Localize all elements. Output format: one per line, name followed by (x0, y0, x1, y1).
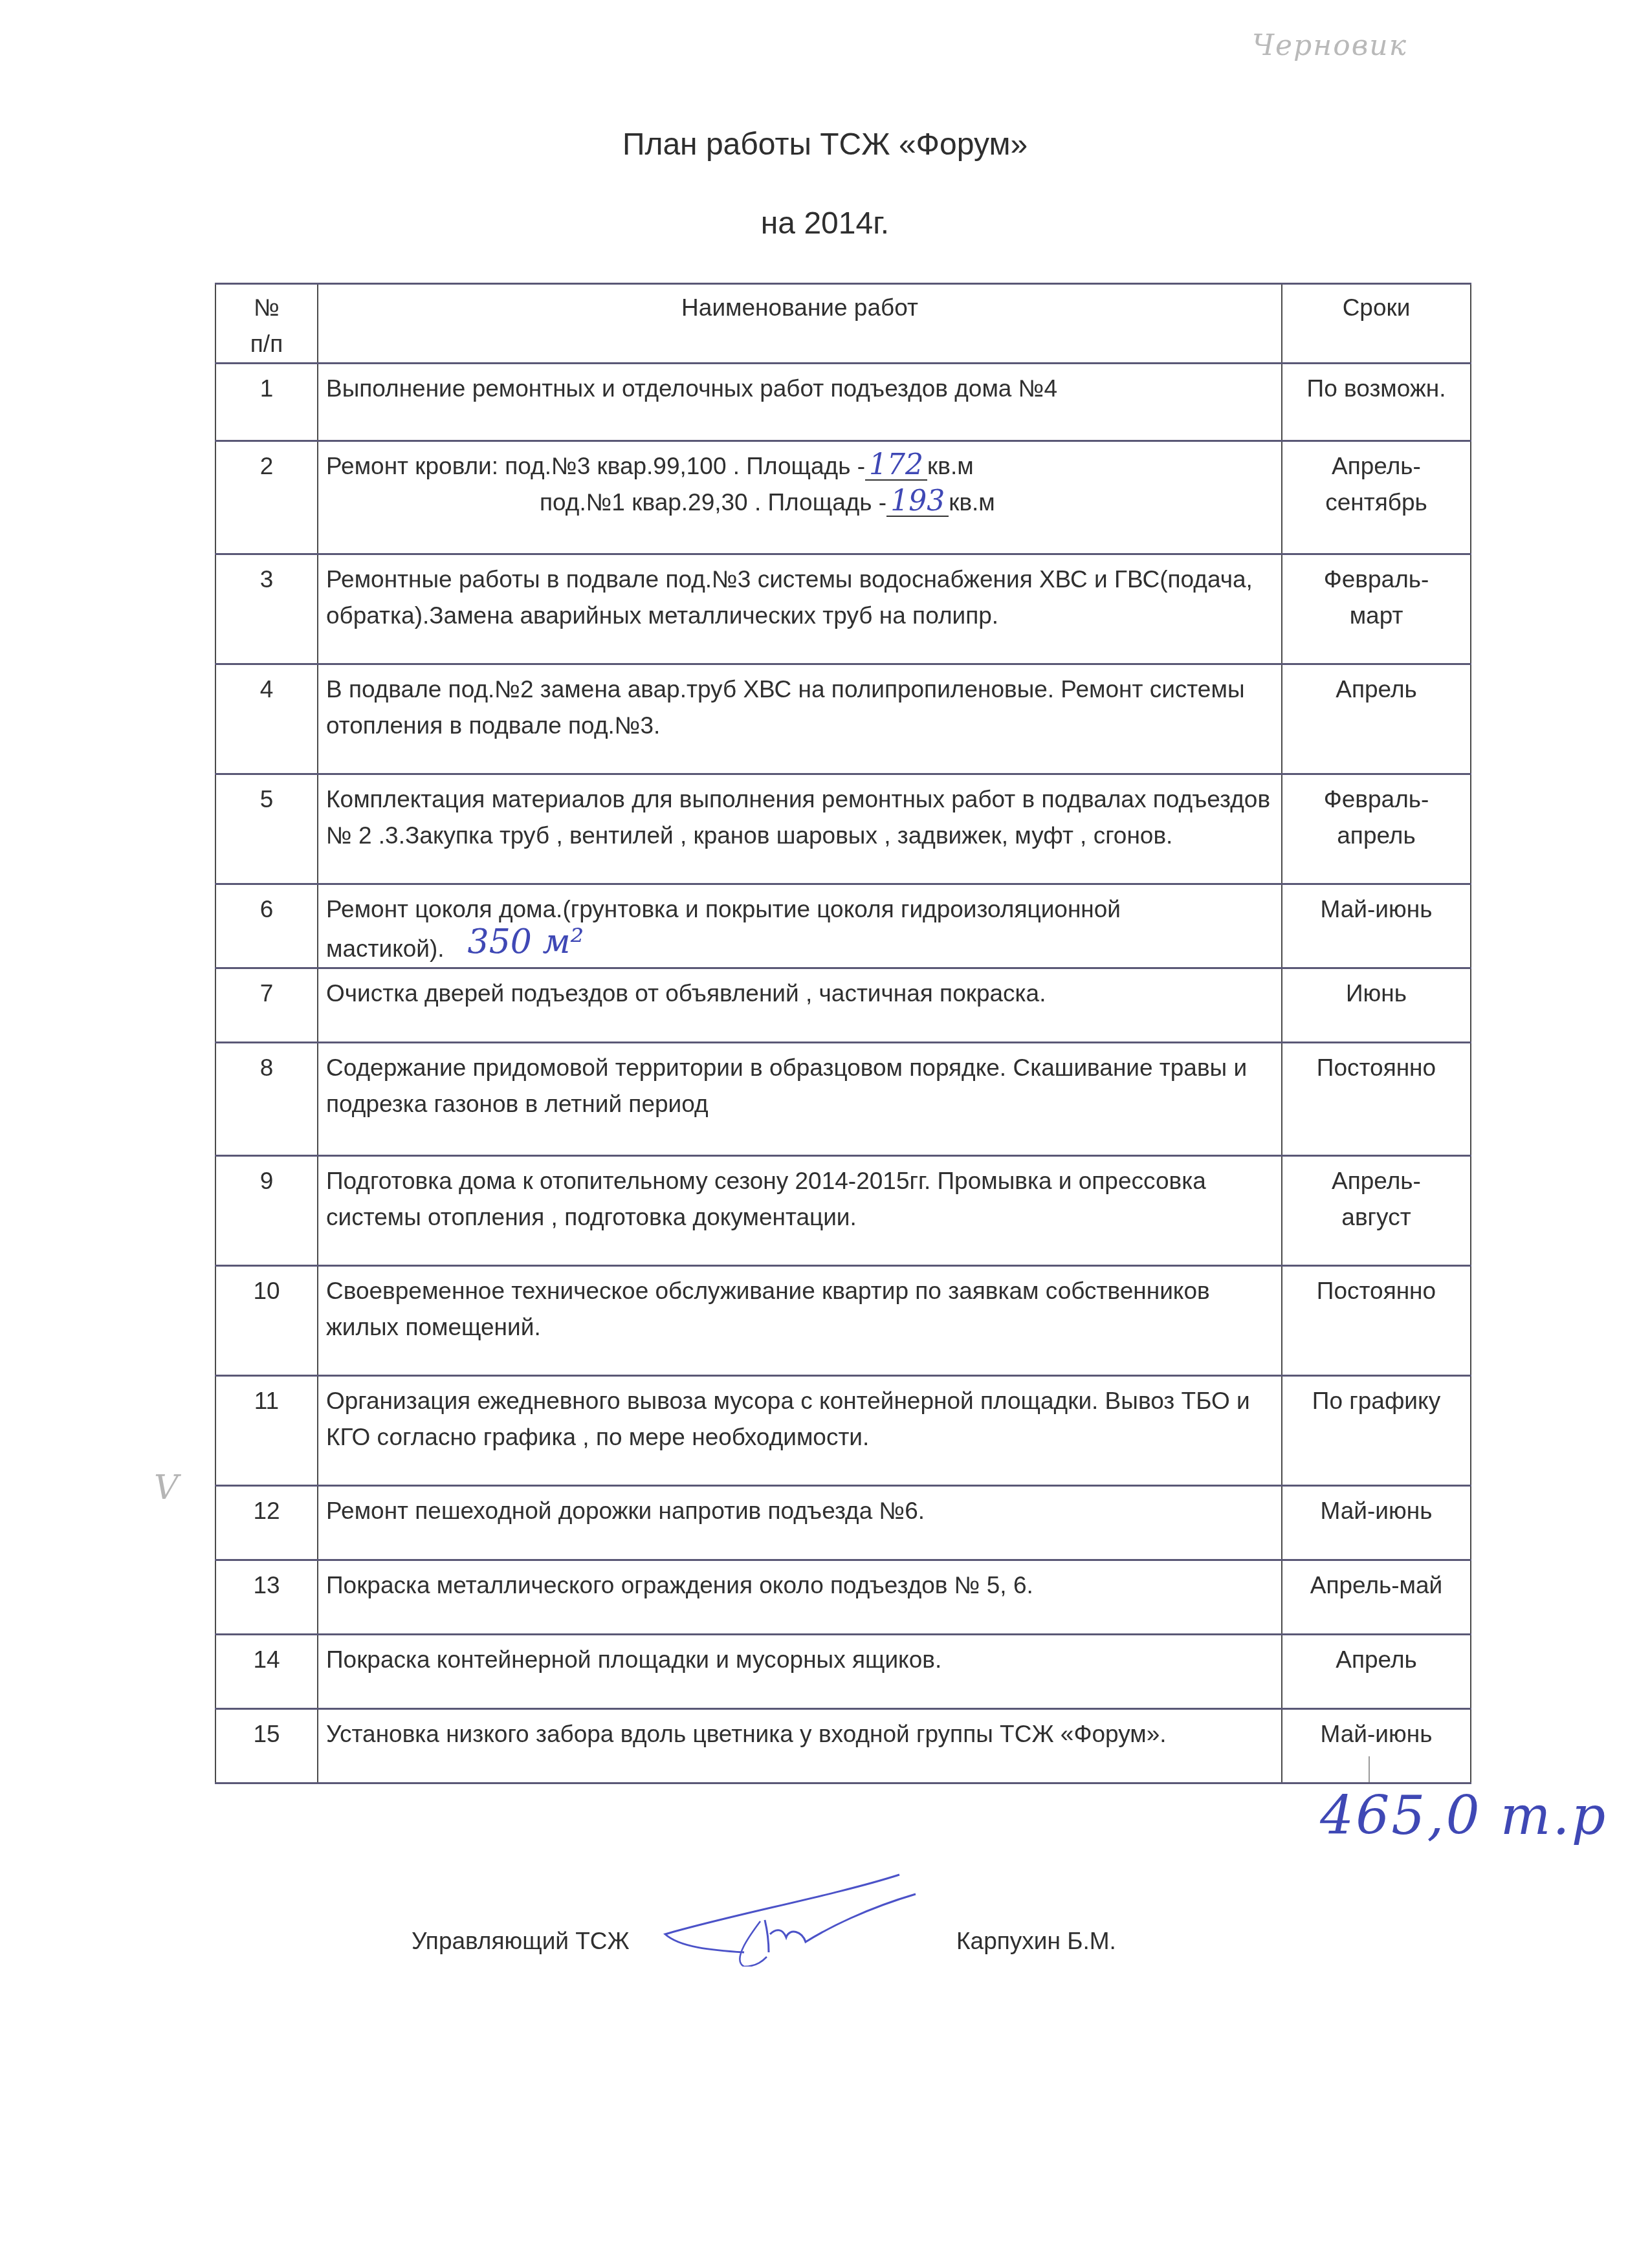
work-term: По графику (1282, 1376, 1471, 1486)
column-header-number-line2: п/п (224, 326, 309, 362)
table-row: 9Подготовка дома к отопительному сезону … (215, 1156, 1471, 1266)
row-number: 14 (215, 1635, 318, 1709)
row-number: 10 (215, 1266, 318, 1376)
signatory-role: Управляющий ТСЖ (412, 1928, 630, 1955)
row-number: 1 (215, 364, 318, 441)
work-description-line1: Ремонт кровли: под.№3 квар.99,100 . Площ… (326, 448, 1273, 485)
work-term: Апрель (1282, 664, 1471, 774)
table-row: 14Покраска контейнерной площадки и мусор… (215, 1635, 1471, 1709)
work-description: Очистка дверей подъездов от объявлений ,… (318, 968, 1282, 1043)
pencil-arrow-mark (1369, 1756, 1370, 1782)
work-description: Ремонтные работы в подвале под.№3 систем… (318, 554, 1282, 664)
table-row: 7Очистка дверей подъездов от объявлений … (215, 968, 1471, 1043)
table-row: 11Организация ежедневного вывоза мусора … (215, 1376, 1471, 1486)
work-term: Апрель-май (1282, 1560, 1471, 1635)
table-row: 5Комплектация материалов для выполнения … (215, 774, 1471, 884)
work-term: Постоянно (1282, 1266, 1471, 1376)
work-description: Ремонт пешеходной дорожки напротив подъе… (318, 1486, 1282, 1560)
table-row: 15Установка низкого забора вдоль цветник… (215, 1709, 1471, 1783)
work-term: Февраль-апрель (1282, 774, 1471, 884)
unit-label: кв.м (949, 489, 995, 516)
work-term: Февраль-март (1282, 554, 1471, 664)
column-header-number: № п/п (215, 284, 318, 364)
column-header-term: Сроки (1282, 284, 1471, 364)
table-row: 1Выполнение ремонтных и отделочных работ… (215, 364, 1471, 441)
work-plan-table: № п/п Наименование работ Сроки 1Выполнен… (215, 283, 1471, 1784)
work-description: Покраска контейнерной площадки и мусорны… (318, 1635, 1282, 1709)
work-term: Май-июнь (1282, 884, 1471, 968)
handwritten-area-3: 350 м² (468, 922, 584, 961)
handwritten-area-1: 172 (865, 451, 927, 481)
row-number: 6 (215, 884, 318, 968)
work-term: Июнь (1282, 968, 1471, 1043)
roof-line2-text: под.№1 квар.29,30 . Площадь - (540, 489, 886, 516)
column-header-number-line1: № (224, 290, 309, 326)
work-description: Содержание придомовой территории в образ… (318, 1043, 1282, 1156)
row-number: 5 (215, 774, 318, 884)
table-row: 6Ремонт цоколя дома.(грунтовка и покрыти… (215, 884, 1471, 968)
pencil-check-mark: V (154, 1468, 179, 1507)
work-description: Своевременное техническое обслуживание к… (318, 1266, 1282, 1376)
signatory-name: Карпухин Б.М. (956, 1928, 1116, 1955)
work-term: Май-июнь (1282, 1709, 1471, 1783)
row-number: 8 (215, 1043, 318, 1156)
row-number: 3 (215, 554, 318, 664)
row-number: 2 (215, 441, 318, 554)
roof-line1-text: Ремонт кровли: под.№3 квар.99,100 . Площ… (326, 453, 865, 479)
work-description-line2: под.№1 квар.29,30 . Площадь -193кв.м (326, 485, 1273, 521)
work-term: Апрель-август (1282, 1156, 1471, 1266)
row-number: 13 (215, 1560, 318, 1635)
table-row: 2Ремонт кровли: под.№3 квар.99,100 . Пло… (215, 441, 1471, 554)
document-subtitle: на 2014г. (0, 206, 1650, 241)
row-number: 15 (215, 1709, 318, 1783)
work-description: Организация ежедневного вывоза мусора с … (318, 1376, 1282, 1486)
row-number: 11 (215, 1376, 318, 1486)
table-row: 12Ремонт пешеходной дорожки напротив под… (215, 1486, 1471, 1560)
work-term: Постоянно (1282, 1043, 1471, 1156)
handwritten-area-2: 193 (886, 487, 949, 517)
column-header-name: Наименование работ (318, 284, 1282, 364)
work-description: Подготовка дома к отопительному сезону 2… (318, 1156, 1282, 1266)
work-description: Установка низкого забора вдоль цветника … (318, 1709, 1282, 1783)
document-title: План работы ТСЖ «Форум» (0, 127, 1650, 162)
pencil-draft-note: Черновик (1252, 29, 1407, 62)
unit-label: кв.м (927, 453, 974, 479)
work-description: Покраска металлического ограждения около… (318, 1560, 1282, 1635)
table-row: 4В подвале под.№2 замена авар.труб ХВС н… (215, 664, 1471, 774)
work-term: Май-июнь (1282, 1486, 1471, 1560)
work-term: Апрель (1282, 1635, 1471, 1709)
row-number: 7 (215, 968, 318, 1043)
work-description: Комплектация материалов для выполнения р… (318, 774, 1282, 884)
work-description: Ремонт цоколя дома.(грунтовка и покрытие… (318, 884, 1282, 968)
row-number: 9 (215, 1156, 318, 1266)
table-row: 3Ремонтные работы в подвале под.№3 систе… (215, 554, 1471, 664)
row-number: 12 (215, 1486, 318, 1560)
work-term: По возможн. (1282, 364, 1471, 441)
work-description: В подвале под.№2 замена авар.труб ХВС на… (318, 664, 1282, 774)
row-number: 4 (215, 664, 318, 774)
work-description: Ремонт кровли: под.№3 квар.99,100 . Площ… (318, 441, 1282, 554)
work-description-text: Ремонт цоколя дома.(грунтовка и покрытие… (326, 896, 1121, 962)
handwritten-total: 465,0 т.р (1320, 1785, 1607, 1847)
table-header-row: № п/п Наименование работ Сроки (215, 284, 1471, 364)
table-row: 8Содержание придомовой территории в обра… (215, 1043, 1471, 1156)
work-description: Выполнение ремонтных и отделочных работ … (318, 364, 1282, 441)
table-row: 13Покраска металлического ограждения око… (215, 1560, 1471, 1635)
table-row: 10Своевременное техническое обслуживание… (215, 1266, 1471, 1376)
work-term: Апрель-сентябрь (1282, 441, 1471, 554)
